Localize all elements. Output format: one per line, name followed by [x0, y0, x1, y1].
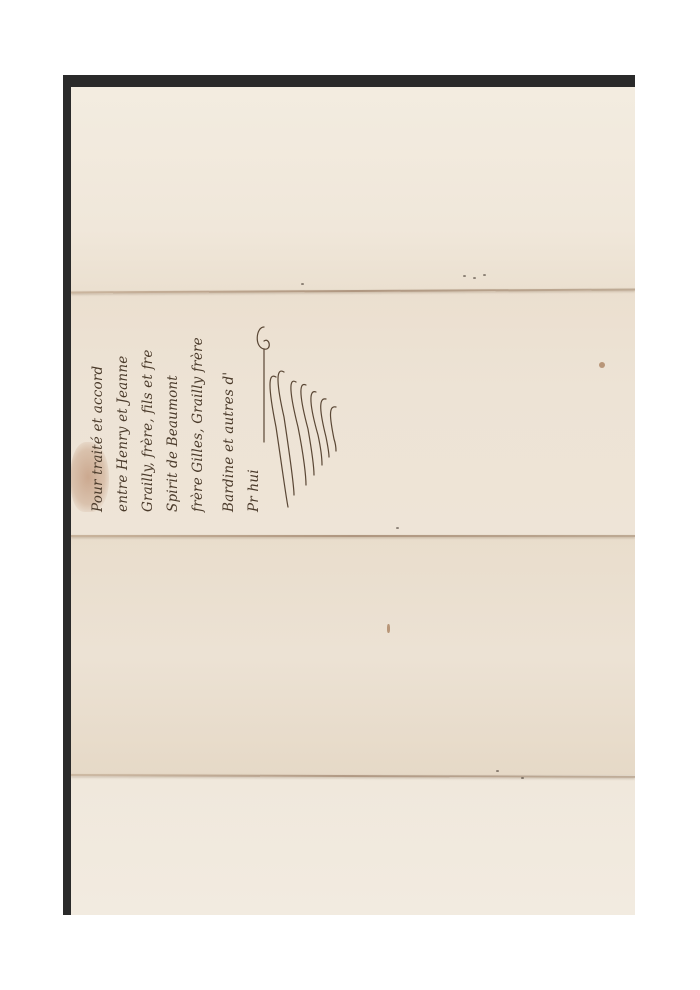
ink-speck: [483, 274, 486, 276]
docket-line: entre Henry et Jeanne: [111, 292, 136, 512]
paraph-flourish-icon: [246, 317, 346, 517]
ink-speck: [463, 275, 466, 277]
fold-panel-middle: [71, 535, 635, 775]
fold-panel-bottom: [71, 775, 635, 915]
docket-line: Grailly, frère, fils et fre: [136, 292, 161, 512]
docket-line: Spirit de Beaumont: [161, 292, 186, 512]
foxing-spot: [387, 624, 390, 633]
ink-speck: [473, 277, 476, 279]
ink-speck: [301, 283, 304, 285]
ink-speck: [396, 527, 399, 529]
docket-line: frère Gilles, Grailly frère: [186, 292, 211, 512]
paper-sheet: Pour traité et accord entre Henry et Jea…: [71, 87, 635, 915]
fold-panel-top: [71, 87, 635, 290]
ink-speck: [496, 770, 499, 772]
docket-line: Pour traité et accord: [86, 292, 111, 512]
ink-speck: [521, 777, 524, 779]
foxing-spot: [599, 362, 605, 368]
scanned-document: Pour traité et accord entre Henry et Jea…: [63, 75, 635, 915]
fold-crease: [71, 535, 635, 537]
docket-line: Bardine et autres d': [217, 292, 242, 512]
